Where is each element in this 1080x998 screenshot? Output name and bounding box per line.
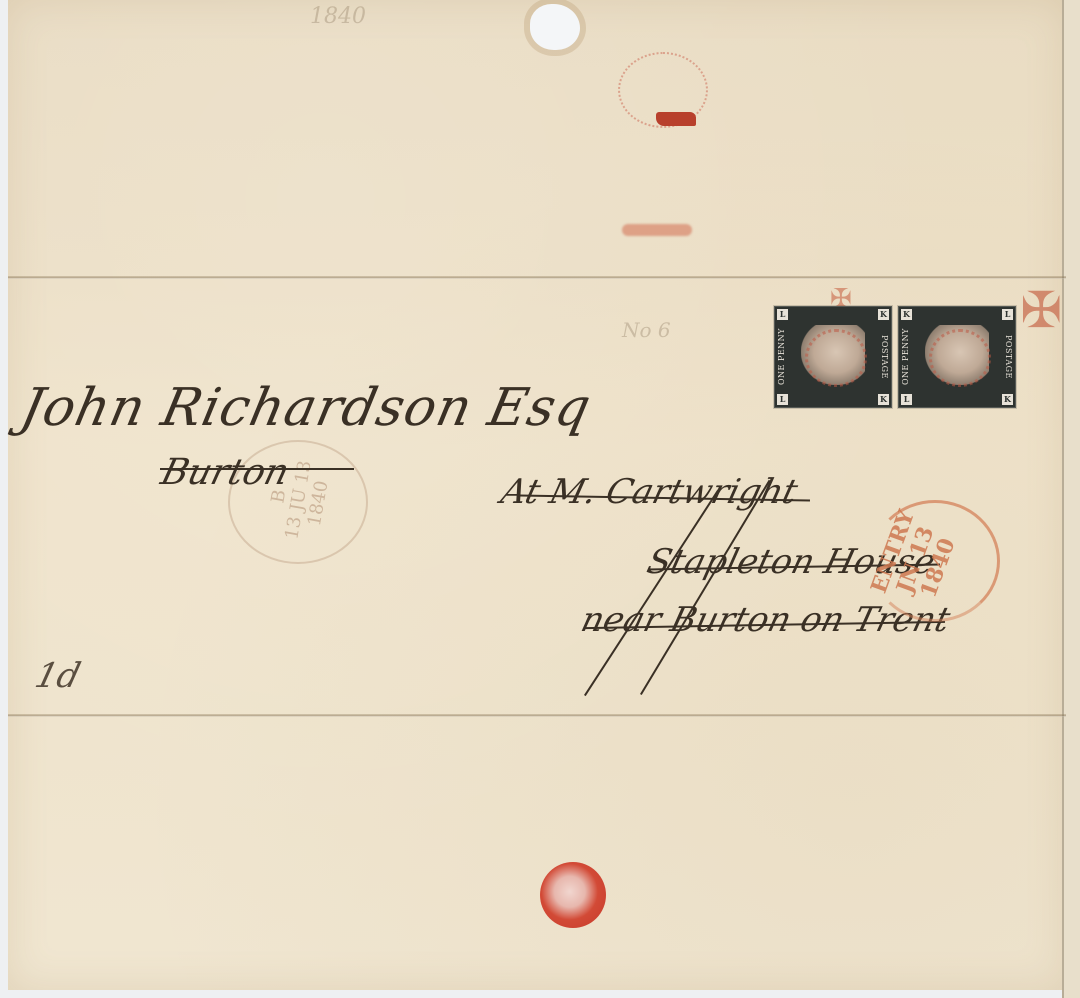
- fold-line-upper: [8, 276, 1066, 279]
- stamp-corner-letter: K: [901, 309, 912, 320]
- paper-hole: [530, 4, 580, 50]
- fold-line-lower: [8, 714, 1066, 717]
- cancellation-mark: [929, 329, 991, 387]
- stamp-postage-label: POSTAGE: [877, 321, 889, 393]
- wax-smear-middle: [622, 224, 692, 236]
- stamp-corner-letter: L: [777, 394, 788, 405]
- penny-black-stamp: L K L K ONE PENNY POSTAGE: [774, 306, 892, 408]
- wax-remnant-top: [656, 112, 696, 126]
- ghost-text-top: 1840: [310, 4, 366, 29]
- stamp-postage-label: POSTAGE: [1001, 321, 1013, 393]
- strikethrough-line: [160, 468, 354, 470]
- penny-black-stamp: K L L K ONE PENNY POSTAGE: [898, 306, 1016, 408]
- addressee-town: Burton: [157, 452, 293, 493]
- stamp-value-label: ONE PENNY: [777, 321, 789, 393]
- sheet-edge-strip: [1062, 0, 1080, 998]
- stamp-corner-letter: K: [1002, 394, 1013, 405]
- stamp-pair: L K L K ONE PENNY POSTAGE K L L K ONE PE…: [774, 306, 1016, 408]
- stamp-corner-letter: L: [901, 394, 912, 405]
- wax-seal-bottom: [540, 862, 606, 928]
- stamp-corner-letter: K: [878, 309, 889, 320]
- stamp-corner-letter: L: [777, 309, 788, 320]
- forwarding-line-1: At M. Cartwright: [497, 472, 802, 512]
- cancellation-mark: [805, 329, 867, 387]
- ghost-text-middle: No 6: [622, 318, 671, 342]
- addressee-name: John Richardson Esq: [16, 378, 597, 438]
- stamp-corner-letter: K: [878, 394, 889, 405]
- stamp-corner-letter: L: [1002, 309, 1013, 320]
- stamp-value-label: ONE PENNY: [901, 321, 913, 393]
